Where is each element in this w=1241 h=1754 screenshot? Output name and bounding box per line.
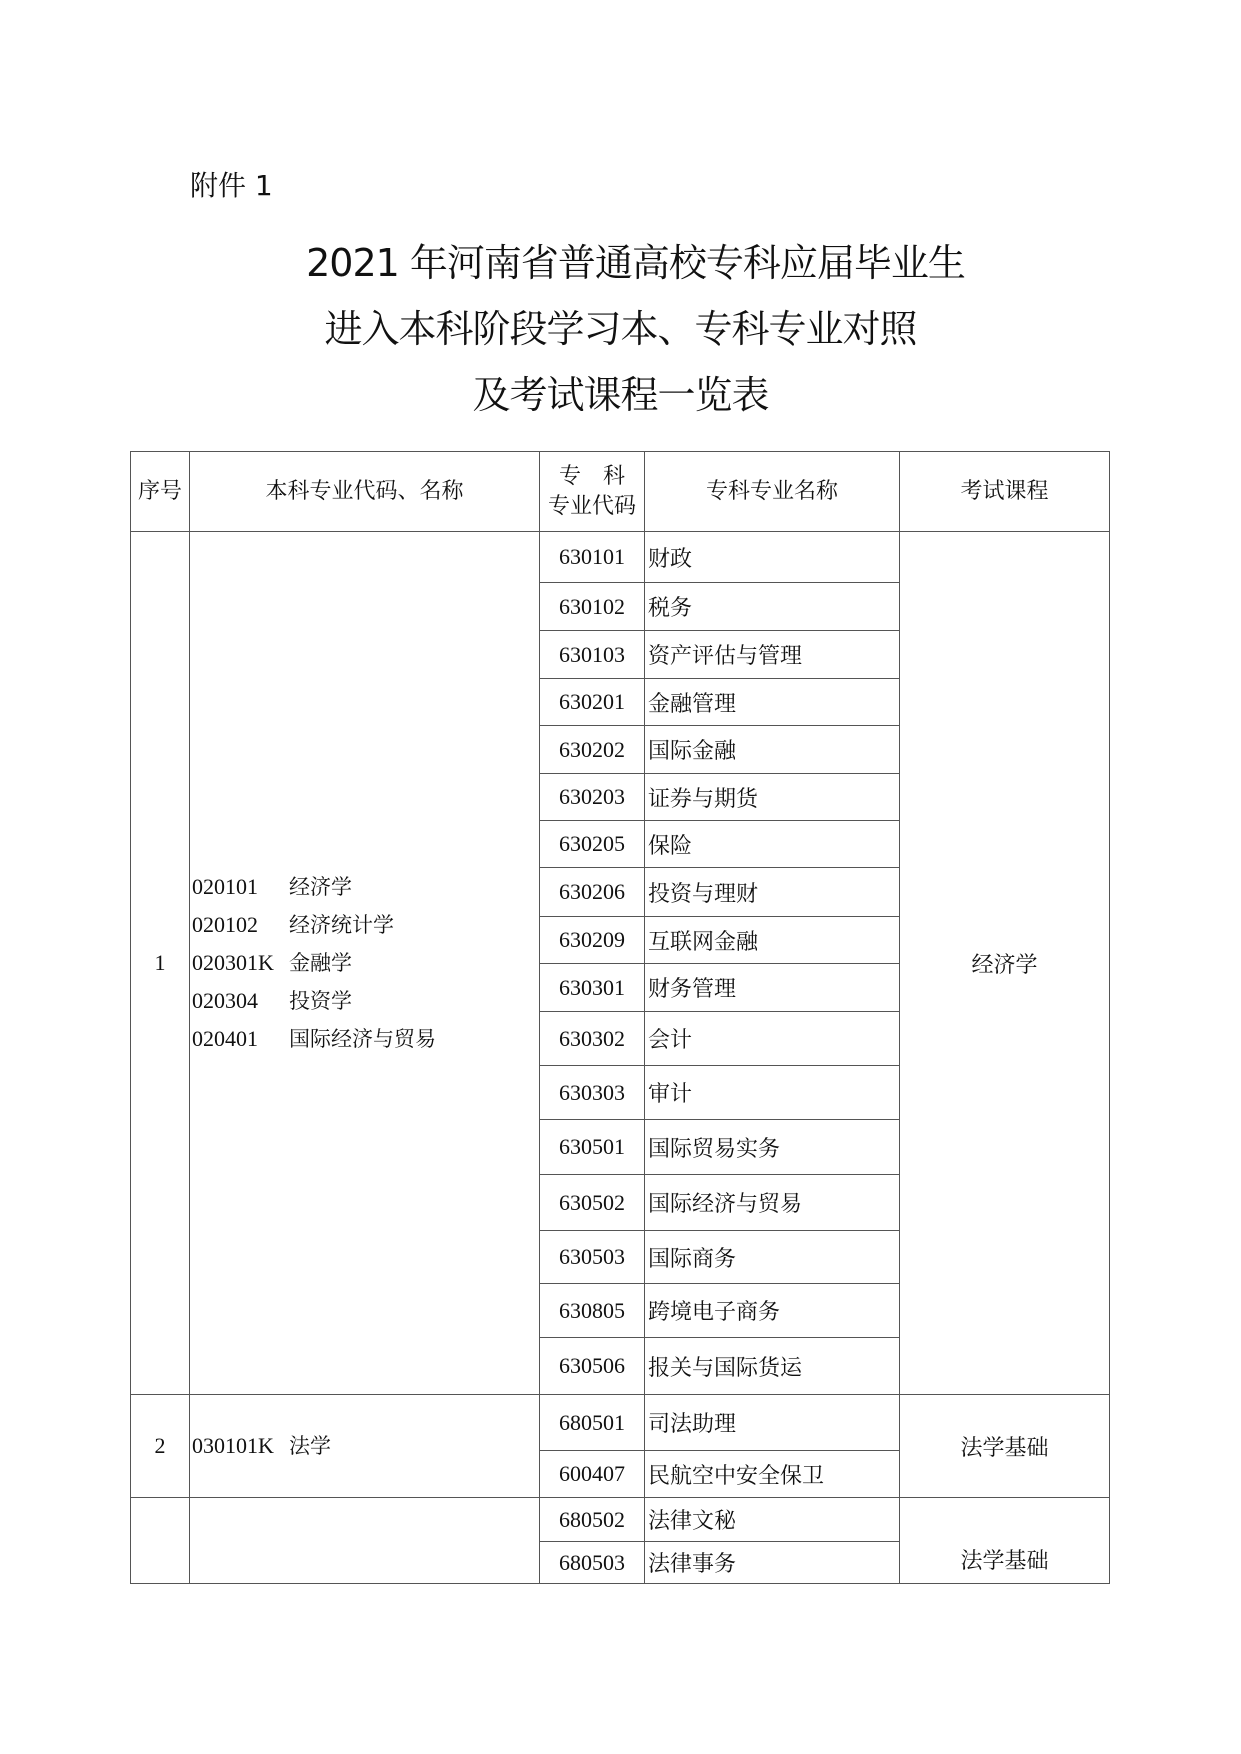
zk-major-name: 财政 [645, 532, 900, 583]
bachelor-major-name: 经济学 [289, 875, 352, 899]
major-mapping-table: 序号 本科专业代码、名称 专 科 专业代码 专科专业名称 考试课程 102010… [130, 451, 1110, 1584]
header-zk-name: 专科专业名称 [645, 452, 900, 532]
bachelor-major-entry: 030101K法学 [192, 1427, 539, 1465]
zk-major-code: 630202 [540, 726, 645, 774]
zk-major-name: 国际经济与贸易 [645, 1175, 900, 1231]
header-zk-code-line-2: 专业代码 [540, 492, 644, 522]
zk-major-code: 630303 [540, 1066, 645, 1120]
zk-major-code: 630206 [540, 868, 645, 917]
zk-major-name: 保险 [645, 821, 900, 868]
bachelor-major-code: 020304 [192, 982, 289, 1019]
zk-major-code: 680503 [540, 1542, 645, 1584]
header-zk-code-line-1: 专 科 [540, 462, 644, 492]
zk-major-code: 630501 [540, 1120, 645, 1175]
bachelor-major-code: 020301K [192, 944, 289, 981]
exam-course-cell: 法学基础 [900, 1498, 1110, 1584]
zk-major-code: 630805 [540, 1284, 645, 1338]
bachelor-major-code: 020401 [192, 1020, 289, 1057]
header-zk-code: 专 科 专业代码 [540, 452, 645, 532]
zk-major-name: 跨境电子商务 [645, 1284, 900, 1338]
bachelor-major-entry: 020101经济学 [192, 868, 539, 906]
bachelor-major-name: 金融学 [289, 951, 352, 975]
bachelor-major-entry: 020102经济统计学 [192, 906, 539, 944]
zk-major-code: 630301 [540, 964, 645, 1012]
bachelor-major-cell [190, 1498, 540, 1584]
zk-major-code: 630502 [540, 1175, 645, 1231]
zk-major-name: 税务 [645, 583, 900, 631]
seq-cell: 1 [131, 532, 190, 1395]
exam-course-cell: 法学基础 [900, 1395, 1110, 1498]
zk-major-name: 证券与期货 [645, 774, 900, 821]
document-title-line-2: 进入本科阶段学习本、专科专业对照 [0, 298, 1241, 353]
bachelor-major-entry: 020301K金融学 [192, 944, 539, 982]
zk-major-name: 投资与理财 [645, 868, 900, 917]
bachelor-major-code: 020101 [192, 868, 289, 905]
bachelor-major-name: 国际经济与贸易 [289, 1027, 436, 1051]
zk-major-name: 法律事务 [645, 1542, 900, 1584]
zk-major-code: 600407 [540, 1451, 645, 1498]
zk-major-name: 国际贸易实务 [645, 1120, 900, 1175]
table-header-row: 序号 本科专业代码、名称 专 科 专业代码 专科专业名称 考试课程 [131, 452, 1110, 532]
exam-course-cell: 经济学 [900, 532, 1110, 1395]
seq-cell [131, 1498, 190, 1584]
zk-major-code: 680502 [540, 1498, 645, 1542]
bachelor-major-name: 法学 [289, 1434, 331, 1458]
zk-major-name: 互联网金融 [645, 917, 900, 964]
zk-major-name: 民航空中安全保卫 [645, 1451, 900, 1498]
zk-major-name: 金融管理 [645, 679, 900, 726]
zk-major-code: 630201 [540, 679, 645, 726]
zk-major-name: 资产评估与管理 [645, 631, 900, 679]
zk-major-name: 会计 [645, 1012, 900, 1066]
header-bachelor-major: 本科专业代码、名称 [190, 452, 540, 532]
zk-major-code: 630102 [540, 583, 645, 631]
zk-major-name: 司法助理 [645, 1395, 900, 1451]
zk-major-code: 630101 [540, 532, 645, 583]
bachelor-major-entry: 020401国际经济与贸易 [192, 1020, 539, 1058]
table-row: 1020101经济学020102经济统计学020301K金融学020304投资学… [131, 532, 1110, 583]
seq-cell: 2 [131, 1395, 190, 1498]
zk-major-code: 630503 [540, 1231, 645, 1284]
attachment-label: 附件 1 [190, 164, 273, 204]
bachelor-major-code: 030101K [192, 1427, 289, 1464]
zk-major-code: 630209 [540, 917, 645, 964]
table-body: 1020101经济学020102经济统计学020301K金融学020304投资学… [131, 532, 1110, 1584]
bachelor-major-cell: 030101K法学 [190, 1395, 540, 1498]
zk-major-code: 630203 [540, 774, 645, 821]
header-seq: 序号 [131, 452, 190, 532]
header-exam-course: 考试课程 [900, 452, 1110, 532]
zk-major-name: 审计 [645, 1066, 900, 1120]
zk-major-code: 680501 [540, 1395, 645, 1451]
bachelor-major-code: 020102 [192, 906, 289, 943]
table-row: 2030101K法学680501司法助理法学基础 [131, 1395, 1110, 1451]
zk-major-name: 财务管理 [645, 964, 900, 1012]
zk-major-code: 630205 [540, 821, 645, 868]
zk-major-name: 国际金融 [645, 726, 900, 774]
document-title-line-3: 及考试课程一览表 [0, 364, 1241, 419]
table-row: 680502法律文秘法学基础 [131, 1498, 1110, 1542]
bachelor-major-entry: 020304投资学 [192, 982, 539, 1020]
zk-major-name: 国际商务 [645, 1231, 900, 1284]
bachelor-major-cell: 020101经济学020102经济统计学020301K金融学020304投资学0… [190, 532, 540, 1395]
zk-major-code: 630302 [540, 1012, 645, 1066]
zk-major-code: 630506 [540, 1338, 645, 1395]
zk-major-name: 法律文秘 [645, 1498, 900, 1542]
zk-major-code: 630103 [540, 631, 645, 679]
zk-major-name: 报关与国际货运 [645, 1338, 900, 1395]
document-title-line-1: 2021 年河南省普通高校专科应届毕业生 [0, 232, 1241, 287]
bachelor-major-name: 投资学 [289, 989, 352, 1013]
bachelor-major-name: 经济统计学 [289, 913, 394, 937]
